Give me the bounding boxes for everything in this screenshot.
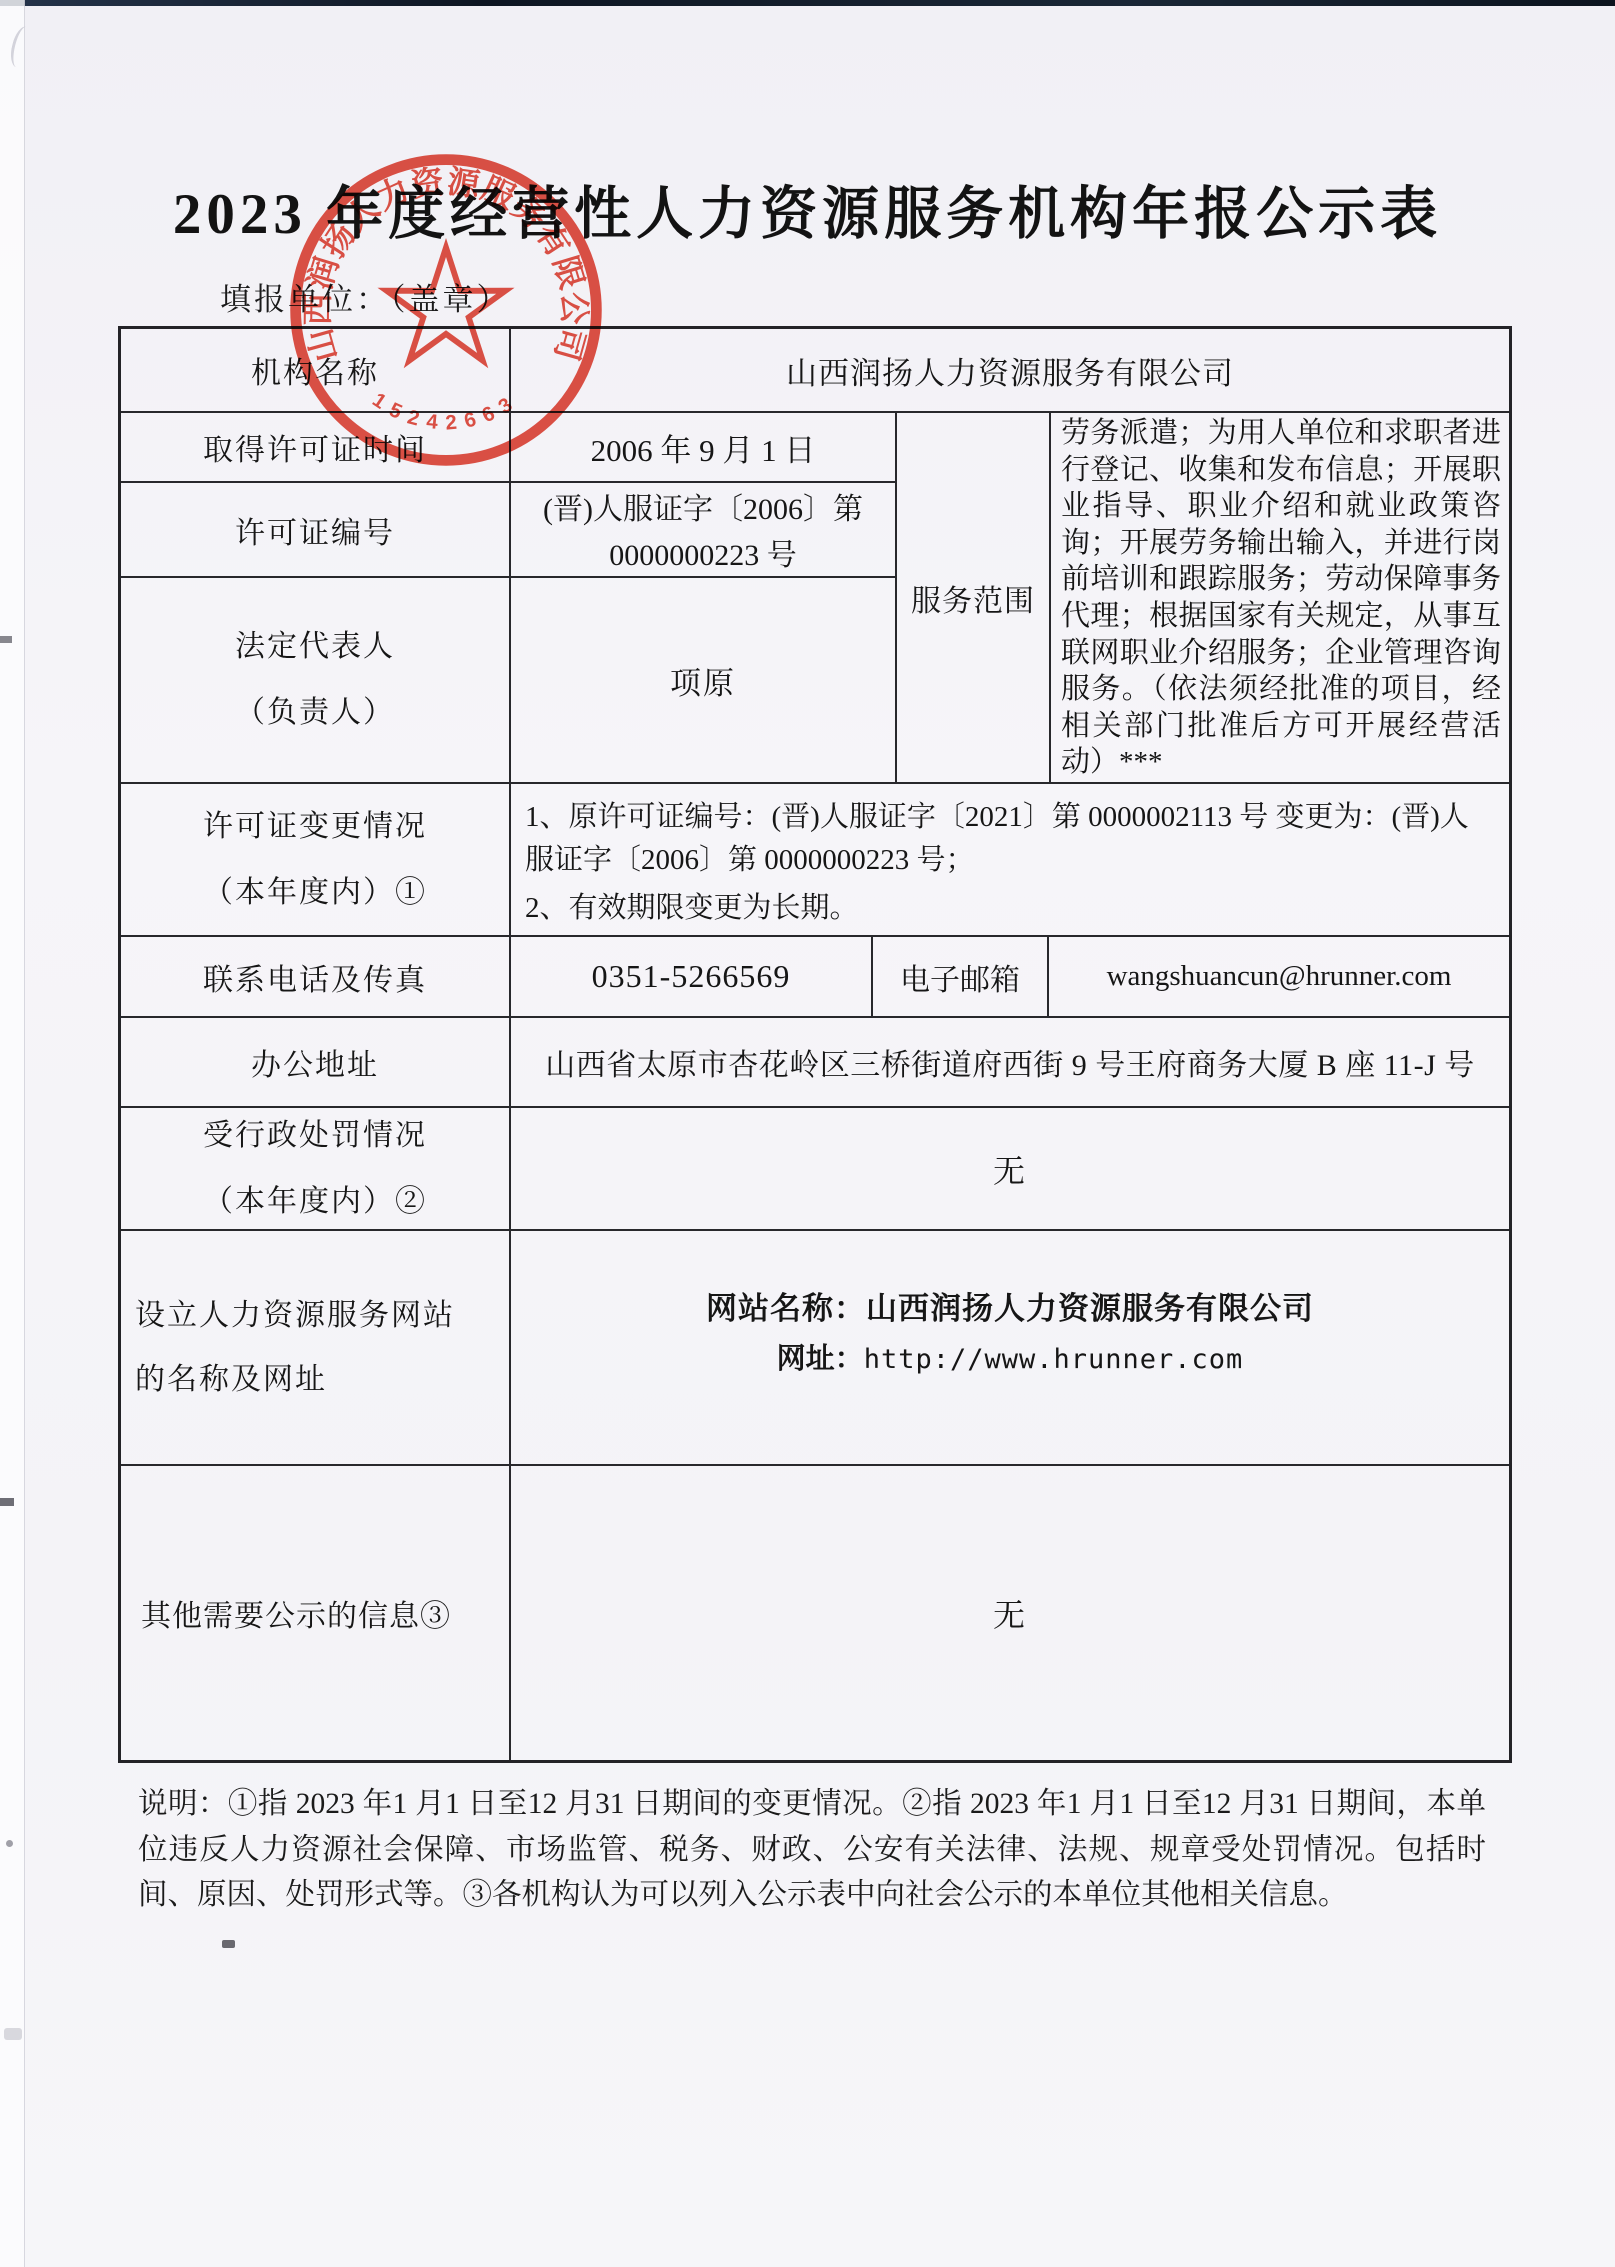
website-label-line1: 设立人力资源服务网站: [135, 1284, 455, 1348]
table-row-contact: 联系电话及传真 0351-5266569 电子邮箱 wangshuancun@h…: [121, 937, 1509, 1018]
scan-artifact: [4, 2028, 22, 2040]
scan-edge-top: [0, 0, 1615, 6]
penalty-value: 无: [511, 1108, 1509, 1229]
page-title: 2023 年度经营性人力资源服务机构年报公示表: [0, 168, 1615, 250]
scan-artifact: [6, 1840, 13, 1847]
service-scope-label: 服务范围: [897, 413, 1051, 782]
stamp-number-text: 15242663: [368, 388, 524, 434]
table-row-license-no: 许可证编号 (晋)人服证字〔2006〕第 0000000223 号: [121, 483, 895, 578]
annual-report-table: 机构名称 山西润扬人力资源服务有限公司 取得许可证时间 2006 年 9 月 1…: [118, 326, 1512, 1763]
stamp-star-icon: [387, 248, 506, 361]
penalty-label-line2: （本年度内）②: [203, 1169, 427, 1235]
other-info-label: 其他需要公示的信息③: [121, 1466, 511, 1760]
legal-rep-value: 项原: [511, 578, 895, 782]
scan-edge-left: [0, 0, 25, 2267]
legal-rep-label-line2: （负责人）: [235, 680, 395, 746]
table-row-website: 设立人力资源服务网站 的名称及网址 网站名称：山西润扬人力资源服务有限公司 网址…: [121, 1231, 1509, 1466]
service-scope-value: 劳务派遣；为用人单位和求职者进行登记、收集和发布信息；开展职业指导、职业介绍和就…: [1051, 413, 1509, 782]
license-change-label-line1: 许可证变更情况: [203, 794, 427, 860]
email-label: 电子邮箱: [873, 937, 1049, 1016]
penalty-label-line1: 受行政处罚情况: [203, 1103, 427, 1169]
address-label: 办公地址: [121, 1018, 511, 1106]
company-seal-stamp: 山西润扬人力资源服务有限公司 15242663: [280, 144, 612, 476]
website-url-line: 网址：http://www.hrunner.com: [777, 1341, 1244, 1378]
table-row-penalty: 受行政处罚情况 （本年度内）② 无: [121, 1108, 1509, 1231]
phone-value: 0351-5266569: [511, 937, 873, 1016]
penalty-label: 受行政处罚情况 （本年度内）②: [121, 1108, 511, 1229]
website-url-label: 网址：: [777, 1343, 864, 1375]
scan-artifact: [0, 1498, 14, 1506]
website-url: http://www.hrunner.com: [864, 1344, 1244, 1375]
table-row-legal-rep: 法定代表人 （负责人） 项原: [121, 578, 895, 782]
table-row-other-info: 其他需要公示的信息③ 无: [121, 1466, 1509, 1760]
license-change-label: 许可证变更情况 （本年度内）①: [121, 784, 511, 935]
legal-rep-label: 法定代表人 （负责人）: [121, 578, 511, 782]
website-label-line2: 的名称及网址: [135, 1348, 455, 1412]
license-change-item-2: 2、有效期限变更为长期。: [525, 887, 1493, 930]
other-info-value: 无: [511, 1466, 1509, 1760]
scan-artifact: [222, 1940, 235, 1948]
license-change-value: 1、原许可证编号：(晋)人服证字〔2021〕第 0000002113 号 变更为…: [511, 784, 1509, 935]
table-row-address: 办公地址 山西省太原市杏花岭区三桥街道府西街 9 号王府商务大厦 B 座 11-…: [121, 1018, 1509, 1108]
table-row-license-change: 许可证变更情况 （本年度内）① 1、原许可证编号：(晋)人服证字〔2021〕第 …: [121, 784, 1509, 937]
license-change-label-line2: （本年度内）①: [203, 860, 427, 926]
email-value: wangshuancun@hrunner.com: [1049, 937, 1509, 1016]
legal-rep-label-line1: 法定代表人: [235, 614, 395, 680]
footer-note: 说明：①指 2023 年1 月1 日至12 月31 日期间的变更情况。②指 20…: [138, 1782, 1486, 1919]
org-name-value: 山西润扬人力资源服务有限公司: [511, 329, 1509, 411]
website-label: 设立人力资源服务网站 的名称及网址: [121, 1231, 511, 1464]
website-value: 网站名称：山西润扬人力资源服务有限公司 网址：http://www.hrunne…: [511, 1231, 1509, 1464]
address-value: 山西省太原市杏花岭区三桥街道府西街 9 号王府商务大厦 B 座 11-J 号: [511, 1018, 1509, 1106]
scan-artifact: [0, 636, 12, 643]
website-name-line: 网站名称：山西润扬人力资源服务有限公司: [706, 1289, 1314, 1329]
license-change-item-1: 1、原许可证编号：(晋)人服证字〔2021〕第 0000002113 号 变更为…: [525, 796, 1493, 882]
contact-label: 联系电话及传真: [121, 937, 511, 1016]
license-no-label: 许可证编号: [121, 483, 511, 576]
license-no-value: (晋)人服证字〔2006〕第 0000000223 号: [511, 483, 895, 576]
scanned-document-page: 2023 年度经营性人力资源服务机构年报公示表 填报单位：（盖章） 机构名称 山…: [0, 0, 1615, 2267]
